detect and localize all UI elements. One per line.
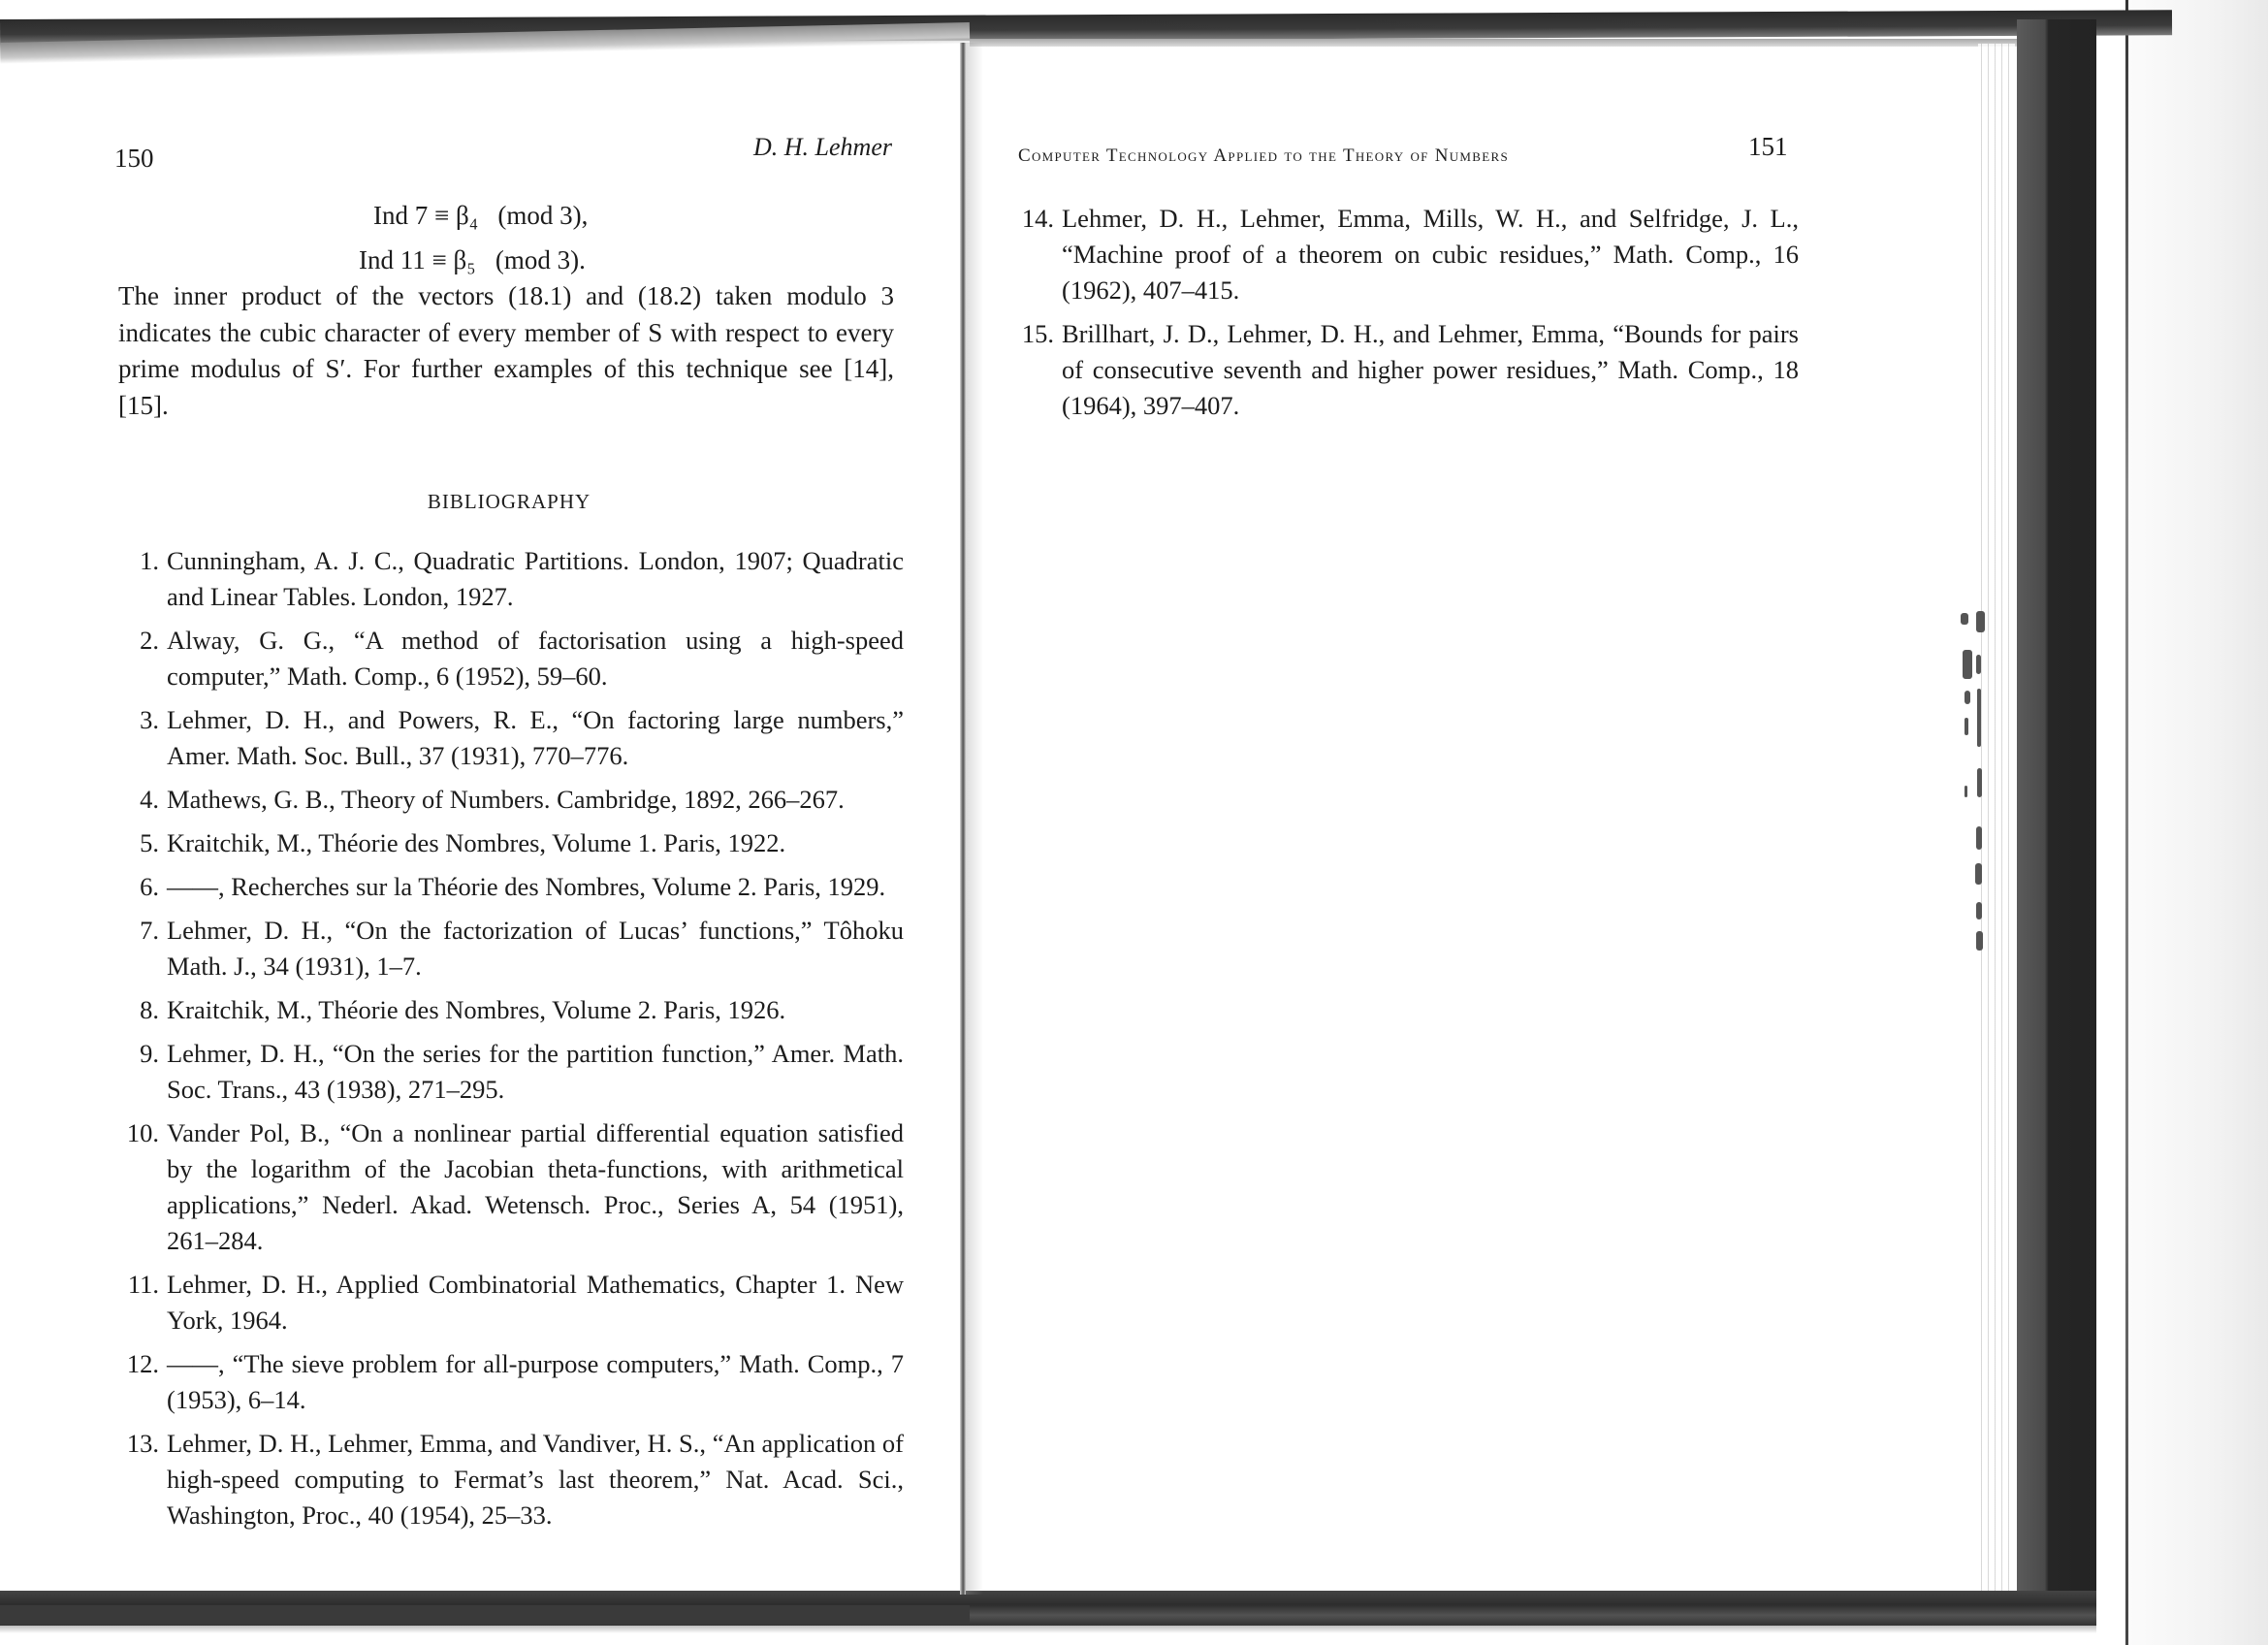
bibliography-entry: 8.Kraitchik, M., Théorie des Nombres, Vo… <box>118 992 904 1028</box>
bibliography-entry: 11.Lehmer, D. H., Applied Combinatorial … <box>118 1267 904 1339</box>
equation-ind-7: Ind 7 ≡ β₄ (mod 3), <box>373 201 588 231</box>
book-bottom-shadow <box>0 1626 2096 1633</box>
entry-number: 5. <box>118 825 167 861</box>
bibliography-heading: BIBLIOGRAPHY <box>116 490 902 514</box>
bibliography-entry: 9.Lehmer, D. H., “On the series for the … <box>118 1036 904 1108</box>
entry-number: 8. <box>118 992 167 1028</box>
bibliography-entry: 14.Lehmer, D. H., Lehmer, Emma, Mills, W… <box>1013 201 1799 308</box>
entry-text: Vander Pol, B., “On a nonlinear partial … <box>167 1115 904 1259</box>
entry-number: 13. <box>118 1426 167 1533</box>
entry-text: ——, “The sieve problem for all-purpose c… <box>167 1346 904 1418</box>
bibliography-entry: 13.Lehmer, D. H., Lehmer, Emma, and Vand… <box>118 1426 904 1533</box>
bibliography-list-left: 1.Cunningham, A. J. C., Quadratic Partit… <box>118 543 904 1541</box>
entry-number: 14. <box>1013 201 1062 308</box>
entry-text: Brillhart, J. D., Lehmer, D. H., and Leh… <box>1062 316 1799 424</box>
entry-number: 15. <box>1013 316 1062 424</box>
entry-number: 9. <box>118 1036 167 1108</box>
running-head-author: D. H. Lehmer <box>737 133 892 162</box>
entry-number: 10. <box>118 1115 167 1259</box>
entry-number: 12. <box>118 1346 167 1418</box>
bibliography-entry: 10.Vander Pol, B., “On a nonlinear parti… <box>118 1115 904 1259</box>
entry-number: 3. <box>118 702 167 774</box>
page-number-left: 150 <box>114 144 154 174</box>
scanner-background <box>2128 0 2268 1645</box>
bibliography-entry: 15.Brillhart, J. D., Lehmer, D. H., and … <box>1013 316 1799 424</box>
scan-artifact-marks <box>1957 611 1986 999</box>
entry-text: Lehmer, D. H., Lehmer, Emma, and Vandive… <box>167 1426 904 1533</box>
scanner-edge-line <box>2125 0 2128 1645</box>
book-bottom-edge-left <box>0 1605 970 1625</box>
page-number-right: 151 <box>1748 132 1788 162</box>
entry-text: Kraitchik, M., Théorie des Nombres, Volu… <box>167 825 904 861</box>
entry-text: Kraitchik, M., Théorie des Nombres, Volu… <box>167 992 904 1028</box>
body-paragraph: The inner product of the vectors (18.1) … <box>118 278 894 424</box>
book-cover-right <box>2017 19 2096 1626</box>
bibliography-entry: 4.Mathews, G. B., Theory of Numbers. Cam… <box>118 782 904 818</box>
bibliography-entry: 5.Kraitchik, M., Théorie des Nombres, Vo… <box>118 825 904 861</box>
bibliography-list-right: 14.Lehmer, D. H., Lehmer, Emma, Mills, W… <box>1013 201 1799 432</box>
bibliography-entry: 2.Alway, G. G., “A method of factorisati… <box>118 623 904 694</box>
entry-text: Lehmer, D. H., “On the series for the pa… <box>167 1036 904 1108</box>
book-spine <box>960 43 966 1595</box>
entry-text: Lehmer, D. H., “On the factorization of … <box>167 913 904 984</box>
entry-number: 4. <box>118 782 167 818</box>
bibliography-entry: 7.Lehmer, D. H., “On the factorization o… <box>118 913 904 984</box>
entry-number: 6. <box>118 869 167 905</box>
entry-text: Lehmer, D. H., Lehmer, Emma, Mills, W. H… <box>1062 201 1799 308</box>
bibliography-entry: 6.——, Recherches sur la Théorie des Nomb… <box>118 869 904 905</box>
bibliography-entry: 1.Cunningham, A. J. C., Quadratic Partit… <box>118 543 904 615</box>
entry-text: Cunningham, A. J. C., Quadratic Partitio… <box>167 543 904 615</box>
entry-text: ——, Recherches sur la Théorie des Nombre… <box>167 869 904 905</box>
equation-ind-11: Ind 11 ≡ β₅ (mod 3). <box>359 245 586 275</box>
entry-text: Lehmer, D. H., and Powers, R. E., “On fa… <box>167 702 904 774</box>
entry-number: 2. <box>118 623 167 694</box>
bibliography-entry: 12.——, “The sieve problem for all-purpos… <box>118 1346 904 1418</box>
entry-text: Lehmer, D. H., Applied Combinatorial Mat… <box>167 1267 904 1339</box>
entry-number: 7. <box>118 913 167 984</box>
entry-text: Alway, G. G., “A method of factorisation… <box>167 623 904 694</box>
entry-number: 1. <box>118 543 167 615</box>
spine-shadow <box>966 43 983 1595</box>
running-head-title: Computer Technology Applied to the Theor… <box>1018 145 1509 167</box>
entry-text: Mathews, G. B., Theory of Numbers. Cambr… <box>167 782 904 818</box>
bibliography-entry: 3.Lehmer, D. H., and Powers, R. E., “On … <box>118 702 904 774</box>
book-top-page-edges <box>970 39 2017 47</box>
entry-number: 11. <box>118 1267 167 1339</box>
